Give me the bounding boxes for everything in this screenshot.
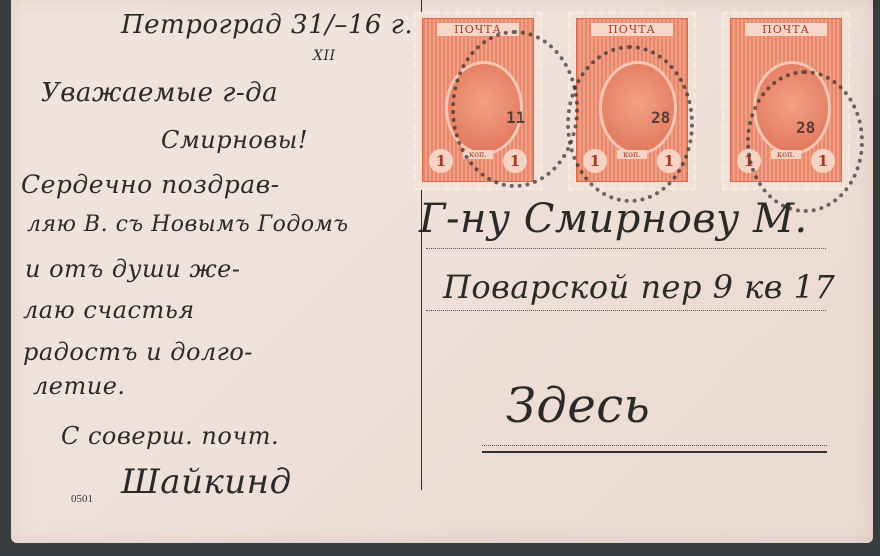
message-line: ляю В. съ Новымъ Годомъ xyxy=(27,212,349,237)
serial-number: 0501 xyxy=(71,493,93,505)
stamp-title: ПОЧТА xyxy=(591,23,673,36)
message-line: лаю счастья xyxy=(23,296,195,324)
address-underline xyxy=(482,451,827,453)
closing: С соверш. почт. xyxy=(61,422,279,450)
message-line: и отъ души же- xyxy=(25,255,240,283)
signature: Шайкинд xyxy=(121,462,292,502)
postcard: Петроград 31/–16 г. XII Уважаемые г-да С… xyxy=(11,0,873,543)
message-line: Уважаемые г-да xyxy=(41,78,278,108)
postmark-date: 11 xyxy=(506,108,525,127)
message-line: летие. xyxy=(33,372,126,400)
place-date: Петроград 31/–16 г. xyxy=(121,10,413,40)
postmark-icon xyxy=(566,45,694,203)
address-line xyxy=(426,248,826,249)
city: Здесь xyxy=(506,378,650,434)
recipient-name: Г-ну Смирнову М. xyxy=(419,196,808,242)
postmark-date: 28 xyxy=(796,118,815,137)
month: XII xyxy=(313,48,336,64)
postmark-date: 28 xyxy=(651,108,670,127)
street-address: Поварской пер 9 кв 17 xyxy=(443,268,835,306)
message-line: радостъ и долго- xyxy=(23,338,253,366)
message-line: Сердечно поздрав- xyxy=(21,170,280,199)
stamp-value: 1 xyxy=(429,149,453,173)
stamp-title: ПОЧТА xyxy=(745,23,827,36)
message-line: Смирновы! xyxy=(161,126,308,154)
postmark-icon xyxy=(746,70,864,213)
address-line xyxy=(426,310,826,311)
address-line xyxy=(482,445,827,446)
